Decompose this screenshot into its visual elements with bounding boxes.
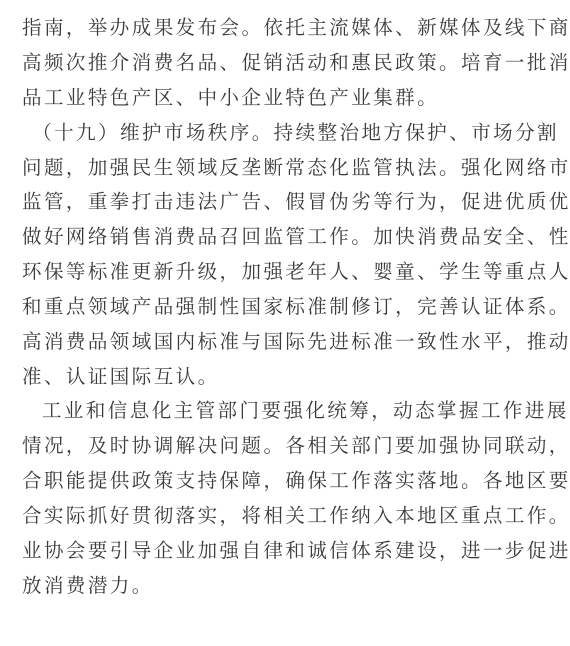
text-line: 环保等标准更新升级，加强老年人、婴童、学生等重点人群 (22, 255, 562, 289)
text-line: 情况，及时协调解决问题。各相关部门要加强协同联动，结 (22, 429, 562, 463)
text-line: 指南，举办成果发布会。依托主流媒体、新媒体及线下商圈 (22, 11, 562, 45)
text-line: 工业和信息化主管部门要强化统筹，动态掌握工作进展 (20, 394, 560, 428)
text-line: 高消费品领域国内标准与国际先进标准一致性水平，推动标 (22, 325, 562, 359)
text-line: 问题，加强民生领域反垄断常态化监管执法。强化网络市场 (22, 151, 562, 185)
text-line: 品工业特色产区、中小企业特色产业集群。 (22, 81, 562, 115)
text-line: 监管，重拳打击违法广告、假冒伪劣等行为，促进优质优价。 (22, 185, 562, 219)
text-line: 和重点领域产品强制性国家标准制修订，完善认证体系。提 (22, 290, 562, 324)
text-line: 放消费潜力。 (22, 569, 562, 603)
document-page: 指南，举办成果发布会。依托主流媒体、新媒体及线下商圈 高频次推介消费名品、促销活… (0, 0, 570, 646)
text-line: 业协会要引导企业加强自律和诚信体系建设，进一步促进释 (22, 534, 562, 568)
section-heading-line: （十九）维护市场秩序。持续整治地方保护、市场分割 (20, 116, 560, 150)
text-line: 高频次推介消费名品、促销活动和惠民政策。培育一批消费 (22, 46, 562, 80)
text-line: 准、认证国际互认。 (22, 360, 562, 394)
text-line: 合职能提供政策支持保障，确保工作落实落地。各地区要结 (22, 464, 562, 498)
text-line: 做好网络销售消费品召回监管工作。加快消费品安全、性能、 (22, 220, 562, 254)
text-line: 合实际抓好贯彻落实，将相关工作纳入本地区重点工作。行 (22, 499, 562, 533)
